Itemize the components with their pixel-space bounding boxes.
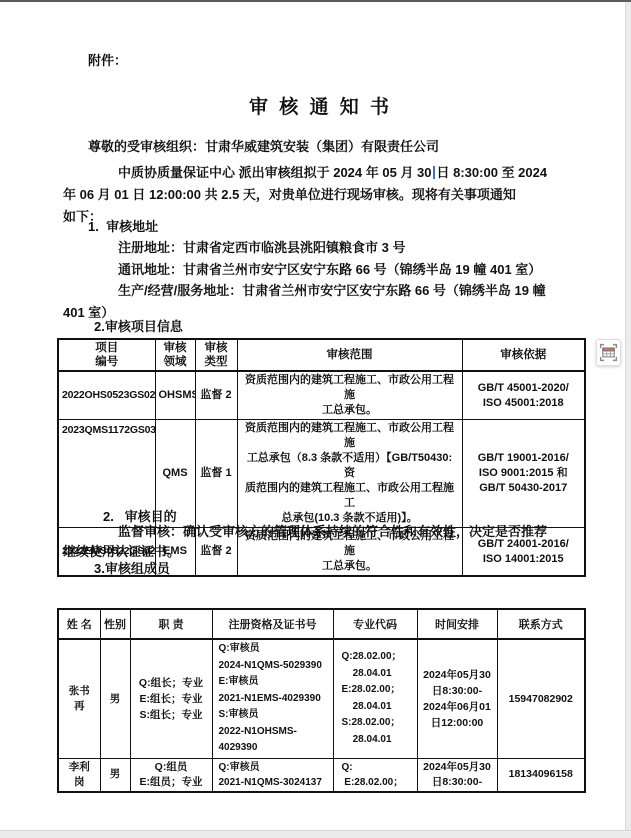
column-header-certificate: 注册资格及证书号: [212, 609, 333, 639]
specialty-code-cell: Q: E:28.02.00；: [333, 758, 417, 792]
domain-cell: OHSMS: [155, 371, 195, 420]
production-address-line: 生产/经营/服务地址：甘肃省兰州市安宁区安宁东路 66 号（锦绣半岛 19 幢: [63, 280, 585, 302]
page-title: 审 核 通 知 书: [57, 92, 584, 119]
document-viewer: 附件： 审 核 通 知 书 尊敬的受审核组织：甘肃华威建筑安装（集团）有限责任公…: [0, 0, 631, 838]
table-capture-icon: [598, 342, 619, 363]
column-header-audit-type: 审核 类型: [195, 339, 237, 371]
intro-text-after-caret: 日 8:30:00 至 2024: [437, 165, 548, 180]
column-header-contact: 联系方式: [497, 609, 585, 639]
column-header-gender: 性别: [100, 609, 130, 639]
scope-cell: 资质范围内的建筑工程施工、市政公用工程施 工总承包（8.3 条款不适用）【GB/…: [237, 420, 462, 528]
type-cell: 监督 1: [195, 420, 237, 528]
specialty-code-cell: Q:28.02.00； 28.04.01 E:28.02.00； 28.04.0…: [333, 639, 417, 758]
column-header-schedule: 时间安排: [417, 609, 497, 639]
column-header-specialty-code: 专业代码: [333, 609, 417, 639]
viewer-bottom-gutter: [0, 830, 631, 838]
type-cell: 监督 2: [195, 371, 237, 420]
text-line: 年 06 月 01 日 12:00:00 共 2.5 天，对贵单位进行现场审核。…: [63, 184, 585, 206]
audit-team-table: 姓 名 性别 职 责 注册资格及证书号 专业代码 时间安排 联系方式 张书再 男…: [57, 608, 586, 793]
column-header-audit-scope: 审核范围: [237, 339, 462, 371]
table-header-row: 姓 名 性别 职 责 注册资格及证书号 专业代码 时间安排 联系方式: [58, 609, 585, 639]
section-heading-audit-team: 3.审核组成员: [94, 558, 170, 577]
member-name-cell: 张书再: [58, 639, 100, 758]
duty-cell: Q:组员 E:组员；专业: [130, 758, 212, 792]
registered-address-line: 注册地址：甘肃省定西市临洮县洮阳镇粮食市 3 号: [63, 237, 585, 259]
intro-text-before-caret: 中质协质量保证中心 派出审核组拟于 2024 年 05 月 30: [118, 165, 432, 180]
text-line: 中质协质量保证中心 派出审核组拟于 2024 年 05 月 30日 8:30:0…: [63, 162, 585, 184]
schedule-cell: 2024年05月30 日8:30:00-: [417, 758, 497, 792]
column-header-name: 姓 名: [58, 609, 100, 639]
gender-cell: 男: [100, 639, 130, 758]
mailing-address-line: 通讯地址：甘肃省兰州市安宁区安宁东路 66 号（锦绣半岛 19 幢 401 室）: [63, 259, 585, 281]
section-heading-audit-projects: 2.审核项目信息: [94, 316, 183, 335]
text-cursor-caret: [433, 166, 435, 179]
duty-cell: Q:组长；专业 E:组长；专业 S:组长；专业: [130, 639, 212, 758]
basis-cell: GB/T 45001-2020/ ISO 45001:2018: [462, 371, 585, 420]
schedule-cell: 2024年05月30 日8:30:00- 2024年06月01 日12:00:0…: [417, 639, 497, 758]
table-extract-button[interactable]: [596, 339, 621, 366]
column-header-duty: 职 责: [130, 609, 212, 639]
contact-cell: 15947082902: [497, 639, 585, 758]
viewer-right-gutter: [625, 2, 631, 838]
certificate-cell: Q:审核员 2024-N1QMS-5029390 E:审核员 2021-N1EM…: [212, 639, 333, 758]
text-line: 监督审核：确认受审核方的管理体系持续的符合性和有效性，决定是否推荐: [63, 522, 585, 542]
table-row: 张书再 男 Q:组长；专业 E:组长；专业 S:组长；专业 Q:审核员 2024…: [58, 639, 585, 758]
purpose-paragraph: 监督审核：确认受审核方的管理体系持续的符合性和有效性，决定是否推荐 继续使用认证…: [63, 522, 585, 561]
address-block: 注册地址：甘肃省定西市临洮县洮阳镇粮食市 3 号 通讯地址：甘肃省兰州市安宁区安…: [63, 237, 585, 323]
table-header-row: 项目 编号 审核 领域 审核 类型 审核范围 审核依据: [58, 339, 585, 371]
project-no-cell: 2022OHS0523GS02: [58, 371, 155, 420]
salutation-line: 尊敬的受审核组织：甘肃华威建筑安装（集团）有限责任公司: [88, 136, 439, 155]
gender-cell: 男: [100, 758, 130, 792]
certificate-cell: Q:审核员 2021-N1QMS-3024137: [212, 758, 333, 792]
table-row: 李利岗 男 Q:组员 E:组员；专业 Q:审核员 2021-N1QMS-3024…: [58, 758, 585, 792]
section-heading-audit-address: 1. 审核地址: [88, 216, 158, 235]
attachment-label: 附件：: [88, 50, 127, 69]
basis-cell: GB/T 19001-2016/ ISO 9001:2015 和 GB/T 50…: [462, 420, 585, 528]
column-header-project-no: 项目 编号: [58, 339, 155, 371]
table-row: 2022OHS0523GS02 OHSMS 监督 2 资质范围内的建筑工程施工、…: [58, 371, 585, 420]
member-name-cell: 李利岗: [58, 758, 100, 792]
scope-cell: 资质范围内的建筑工程施工、市政公用工程施 工总承包。: [237, 371, 462, 420]
column-header-audit-domain: 审核 领域: [155, 339, 195, 371]
column-header-audit-basis: 审核依据: [462, 339, 585, 371]
contact-cell: 18134096158: [497, 758, 585, 792]
